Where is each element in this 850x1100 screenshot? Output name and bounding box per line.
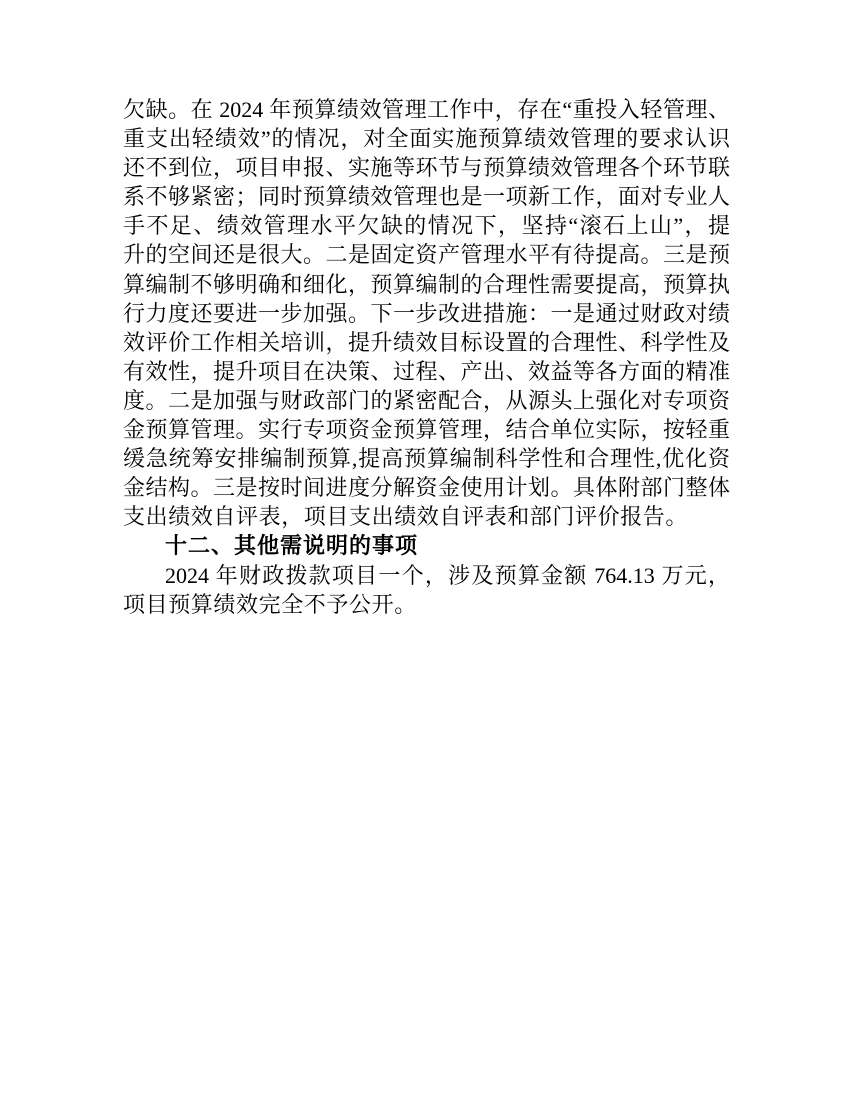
text-line: 金预算管理。实行专项资金预算管理，结合单位实际，按轻重 — [123, 415, 730, 444]
text-line: 缓急统筹安排编制预算,提高预算编制科学性和合理性,优化资 — [123, 444, 730, 473]
text-line: 系不够紧密；同时预算绩效管理也是一项新工作，面对专业人 — [123, 182, 730, 211]
text-line: 金结构。三是按时间进度分解资金使用计划。具体附部门整体 — [123, 473, 730, 502]
text-line: 欠缺。在 2024 年预算绩效管理工作中，存在“重投入轻管理、 — [123, 95, 730, 124]
text-line: 度。二是加强与财政部门的紧密配合，从源头上强化对专项资 — [123, 386, 730, 415]
text-line: 重支出轻绩效”的情况，对全面实施预算绩效管理的要求认识 — [123, 124, 730, 153]
text-line: 项目预算绩效完全不予公开。 — [123, 590, 730, 619]
text-line: 算编制不够明确和细化，预算编制的合理性需要提高，预算执 — [123, 270, 730, 299]
text-line: 2024 年财政拨款项目一个，涉及预算金额 764.13 万元， — [123, 561, 730, 590]
text-line: 还不到位，项目申报、实施等环节与预算绩效管理各个环节联 — [123, 153, 730, 182]
document-page: 欠缺。在 2024 年预算绩效管理工作中，存在“重投入轻管理、 重支出轻绩效”的… — [0, 0, 850, 1100]
text-line: 有效性，提升项目在决策、过程、产出、效益等各方面的精准 — [123, 357, 730, 386]
text-line: 升的空间还是很大。二是固定资产管理水平有待提高。三是预 — [123, 240, 730, 269]
section-heading: 十二、其他需说明的事项 — [123, 531, 730, 560]
text-line: 手不足、绩效管理水平欠缺的情况下，坚持“滚石上山”，提 — [123, 211, 730, 240]
text-block: 欠缺。在 2024 年预算绩效管理工作中，存在“重投入轻管理、 重支出轻绩效”的… — [123, 95, 730, 619]
text-line: 支出绩效自评表，项目支出绩效自评表和部门评价报告。 — [123, 502, 730, 531]
text-line: 行力度还要进一步加强。下一步改进措施：一是通过财政对绩 — [123, 299, 730, 328]
text-line: 效评价工作相关培训，提升绩效目标设置的合理性、科学性及 — [123, 328, 730, 357]
